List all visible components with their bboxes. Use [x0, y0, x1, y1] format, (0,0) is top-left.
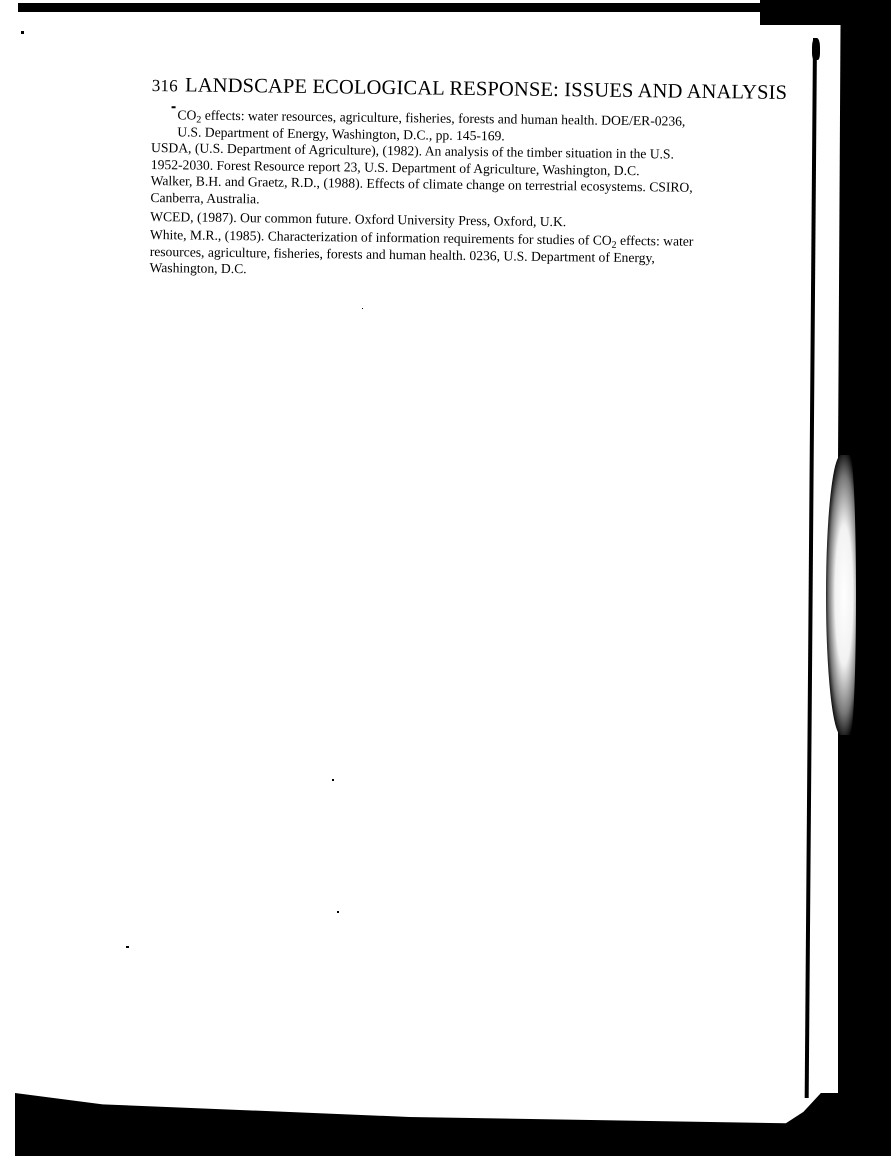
- scan-speck: [21, 31, 24, 34]
- reference-entry: White, M.R., (1985). Characterization of…: [149, 227, 780, 285]
- scan-spine-line: [805, 38, 817, 1098]
- page-content: 316 LANDSCAPE ECOLOGICAL RESPONSE: ISSUE…: [149, 74, 782, 285]
- running-head: 316 LANDSCAPE ECOLOGICAL RESPONSE: ISSUE…: [152, 74, 782, 105]
- reference-entry: Walker, B.H. and Graetz, R.D., (1988). E…: [150, 173, 780, 214]
- running-head-title: LANDSCAPE ECOLOGICAL RESPONSE: ISSUES AN…: [185, 74, 787, 104]
- scan-page-curl: [826, 455, 856, 735]
- page-number: 316: [152, 76, 178, 95]
- scan-speck: [332, 779, 334, 781]
- scan-speck: [337, 911, 339, 913]
- scan-speck: [126, 946, 129, 948]
- scan-bottom-shadow: [15, 1093, 891, 1156]
- scan-speck: [362, 308, 363, 309]
- scan-dash-mark: [172, 106, 176, 108]
- reference-list: CO2 effects: water resources, agricultur…: [149, 107, 781, 285]
